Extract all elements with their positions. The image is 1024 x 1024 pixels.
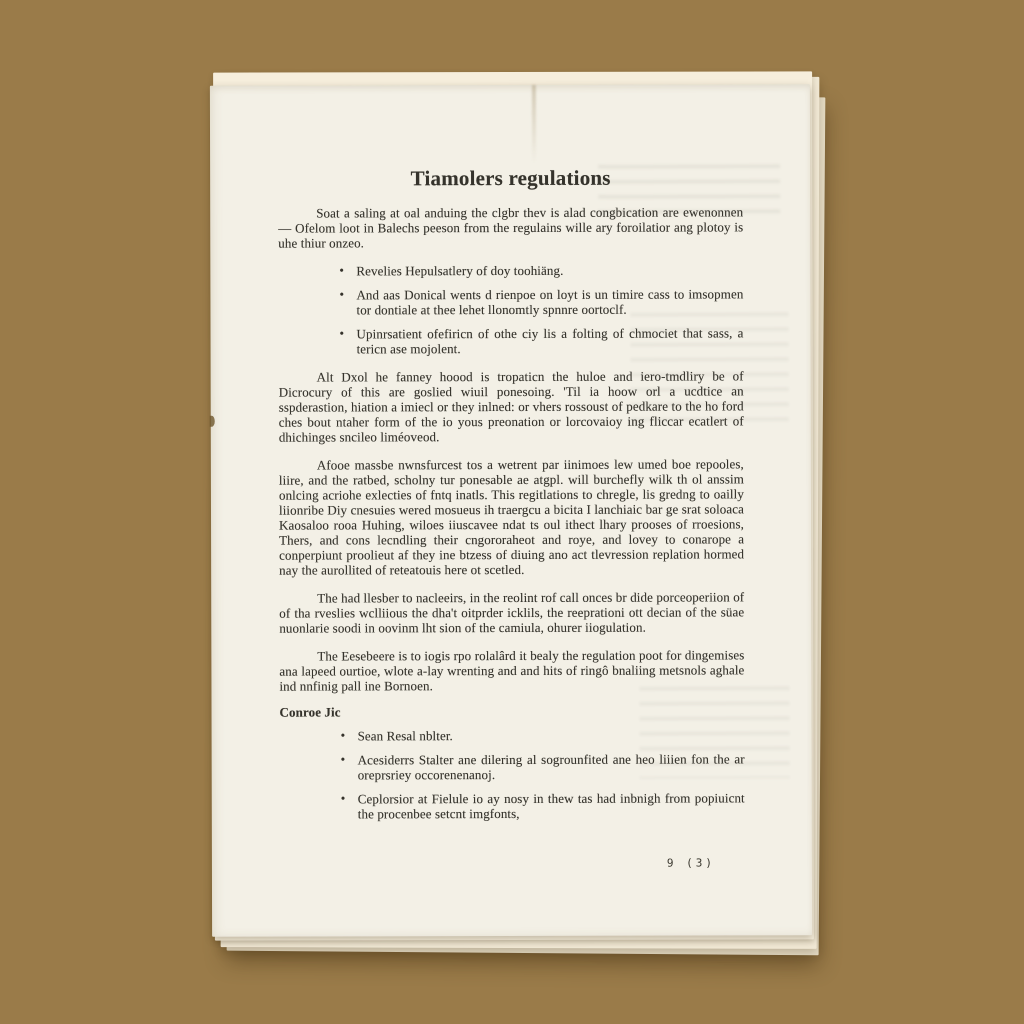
page-edge-notch — [210, 416, 215, 427]
body-paragraph: The had llesber to nacleeirs, in the reo… — [279, 589, 744, 635]
section-heading: Conroe Jic — [280, 703, 745, 719]
page-content: Tiamolers regulations Soat a saling at o… — [278, 84, 745, 834]
body-paragraph: Alt Dxol he fanney hoood is tropaticn th… — [279, 368, 744, 444]
list-item: • And aas Donical wents d rienpoe on loy… — [339, 286, 743, 317]
bullet-icon: • — [341, 727, 346, 742]
body-paragraph: The Eesebeere is to iogis rpo rolalârd i… — [279, 647, 744, 693]
body-paragraph: Afooe massbe nwnsfurcest tos a wetrent p… — [279, 456, 744, 577]
bullet-icon: • — [341, 790, 346, 805]
photo-background: Tiamolers regulations Soat a saling at o… — [0, 0, 1024, 1024]
document-page: Tiamolers regulations Soat a saling at o… — [210, 84, 812, 937]
list-item-text: Upinrsatient ofefiricn of othe ciy lis a… — [357, 325, 744, 356]
bullet-icon: • — [341, 751, 346, 766]
list-item: • Acesiderrs Stalter ane dilering al sog… — [341, 751, 745, 782]
document-title: Tiamolers regulations — [278, 164, 743, 191]
top-bullet-list: • Revelies Hepulsatlery of doy toohiäng.… — [339, 262, 743, 356]
list-item: • Ceplorsior at Fielule io ay nosy in th… — [341, 790, 745, 821]
bottom-bullet-list: • Sean Resal nblter. • Acesiderrs Stalte… — [341, 727, 745, 821]
bullet-icon: • — [340, 325, 345, 340]
bullet-icon: • — [339, 262, 344, 277]
page-number: 9 (3) — [667, 856, 715, 869]
list-item-text: And aas Donical wents d rienpoe on loyt … — [356, 286, 743, 317]
list-item-text: Revelies Hepulsatlery of doy toohiäng. — [356, 263, 563, 279]
intro-paragraph: Soat a saling at oal anduing the clgbr t… — [278, 204, 743, 250]
list-item: • Upinrsatient ofefiricn of othe ciy lis… — [340, 325, 744, 356]
list-item-text: Ceplorsior at Fielule io ay nosy in thew… — [358, 790, 745, 821]
bullet-icon: • — [339, 286, 344, 301]
list-item-text: Acesiderrs Stalter ane dilering al sogro… — [358, 751, 745, 782]
list-item: • Revelies Hepulsatlery of doy toohiäng. — [339, 262, 743, 278]
list-item-text: Sean Resal nblter. — [358, 728, 453, 743]
list-item: • Sean Resal nblter. — [341, 727, 745, 743]
